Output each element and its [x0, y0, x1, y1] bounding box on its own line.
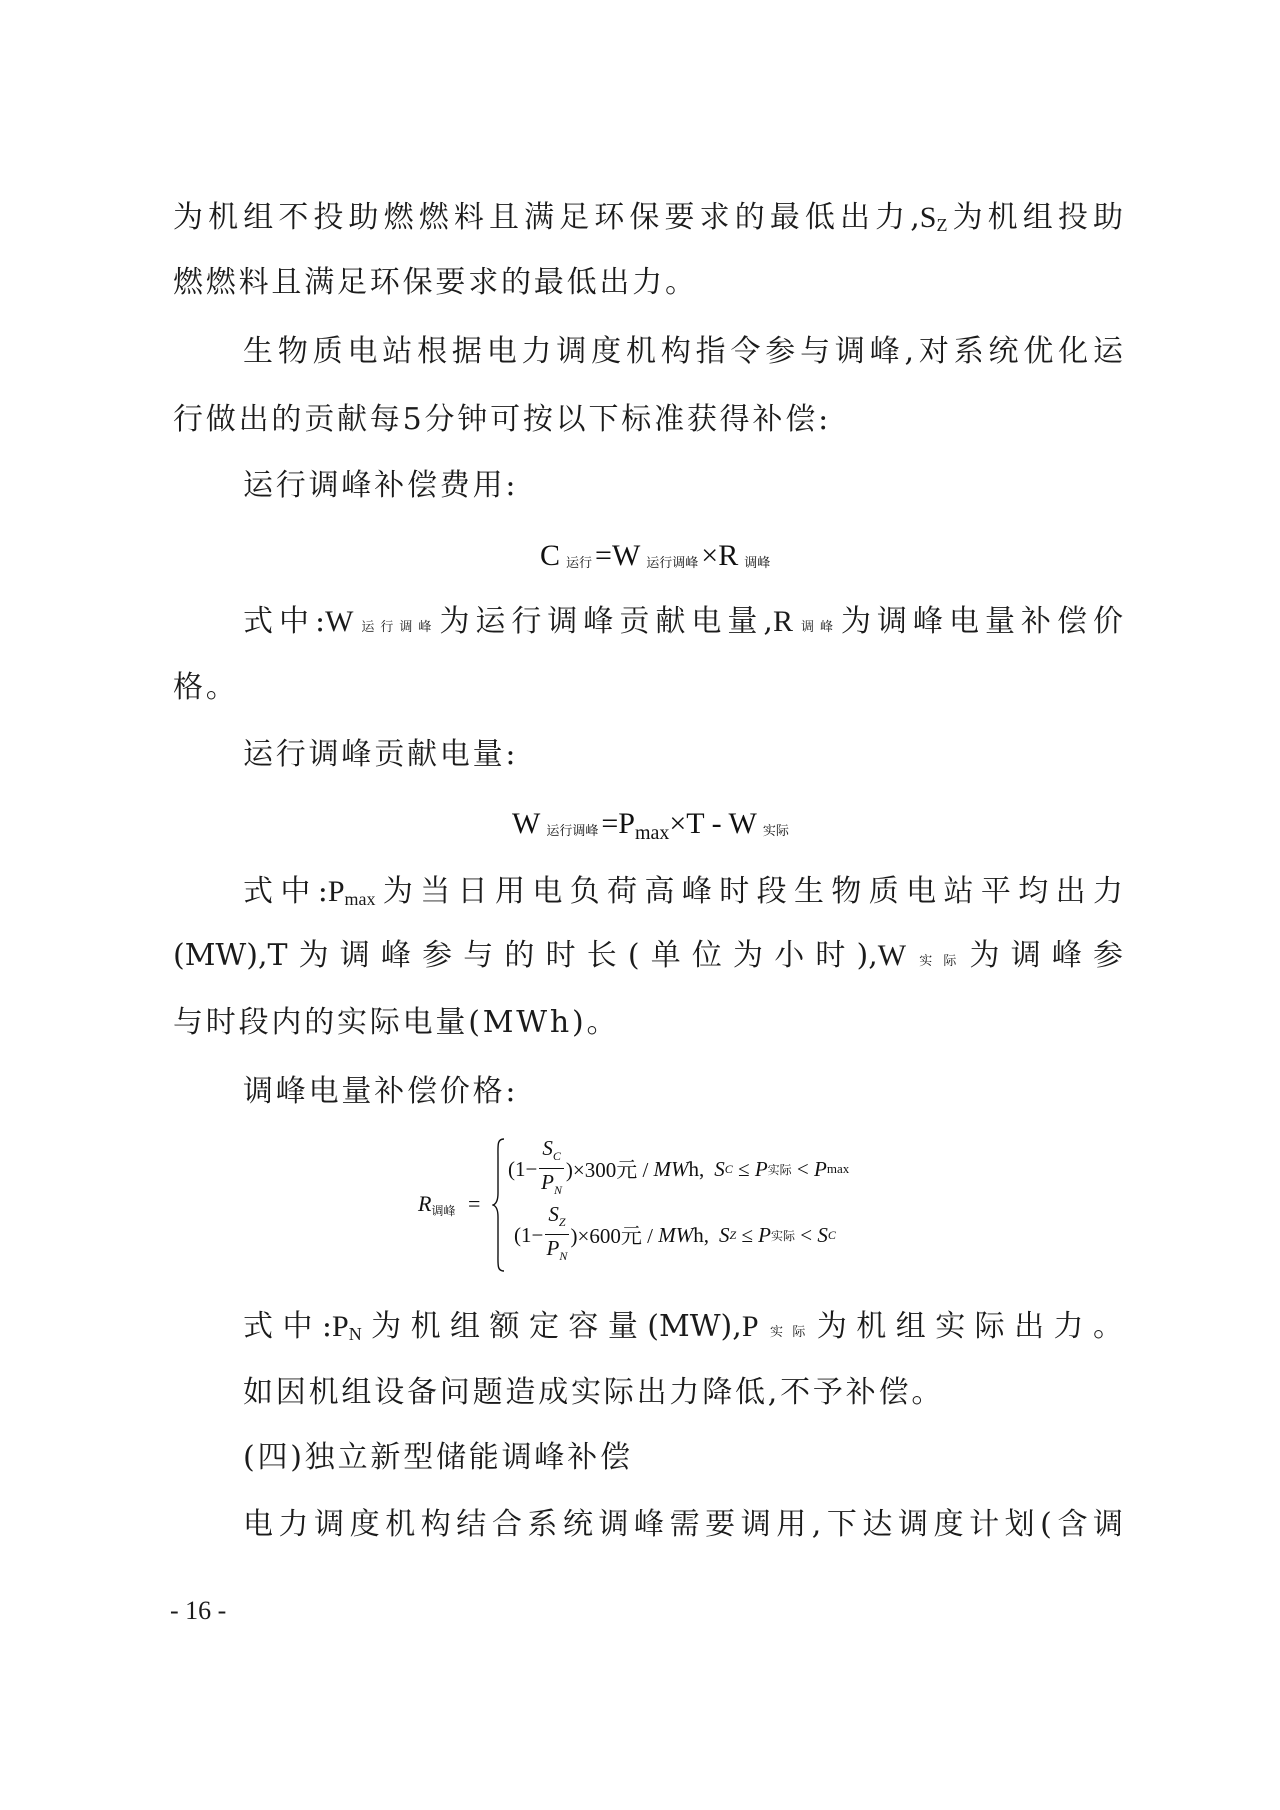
formula-contribution-energy: W运行调峰=Pmax×T - W实际: [512, 804, 792, 844]
page-number: - 16 -: [170, 1596, 226, 1626]
text-span: 为调峰电量补偿价: [841, 604, 1123, 639]
formula-text: (1−: [508, 1157, 537, 1182]
formula-symbol: S: [714, 1157, 725, 1182]
formula-equals: =: [468, 1191, 480, 1217]
formula-symbol: ×T - W: [669, 807, 756, 840]
fraction-numerator: SC: [539, 1136, 564, 1169]
formula-subscript: 调峰: [744, 556, 770, 571]
text-span: 为机组额定容量(MW),: [362, 1309, 742, 1344]
formula-compensation-cost: C运行=W运行调峰×R调峰: [540, 536, 773, 576]
text-line: 为机组不投助燃燃料且满足环保要求的最低出力,SZ为机组投助: [173, 198, 1123, 238]
text-span: 为调峰参: [970, 938, 1123, 973]
formula-unit: MW: [658, 1223, 693, 1248]
text-line: 调峰电量补偿价格:: [243, 1072, 1123, 1112]
formula-symbol: P: [541, 1170, 554, 1194]
formula-symbol: W: [512, 807, 540, 840]
fraction: SZ PN: [545, 1202, 568, 1269]
text-span: 为机组不投助燃燃料且满足环保要求的最低出力,: [173, 200, 920, 235]
text-line: 格。: [173, 668, 1123, 708]
text-line: 式中:Pmax为当日用电负荷高峰时段生物质电站平均出力: [243, 872, 1123, 912]
formula-lhs: R调峰: [418, 1191, 455, 1219]
symbol-s-subscript: Z: [936, 215, 947, 235]
formula-compensation-price: R调峰 = (1− SC PN )×300元 / MWh, SC ≤ P实际 <…: [418, 1137, 938, 1277]
symbol-w: W: [878, 939, 906, 972]
text-line: (MW),T为调峰参与的时长(单位为小时),W实际为调峰参: [173, 936, 1123, 976]
formula-symbol: S: [542, 1136, 553, 1160]
text-line: 运行调峰贡献电量:: [243, 735, 1123, 775]
symbol-p: P: [328, 875, 345, 908]
text-span: 为当日用电负荷高峰时段生物质电站平均出力: [376, 874, 1123, 909]
formula-operator: <: [795, 1223, 817, 1248]
fraction-numerator: SZ: [545, 1202, 568, 1235]
symbol-p-subscript: N: [349, 1324, 362, 1344]
formula-text: )×600元 /: [571, 1220, 659, 1250]
fraction-denominator: PN: [547, 1235, 568, 1269]
text-line: 式中:W运行调峰为运行调峰贡献电量,R调峰为调峰电量补偿价: [243, 602, 1123, 642]
formula-subscript: Z: [729, 1228, 736, 1243]
formula-symbol: S: [719, 1223, 730, 1248]
text-span: 式中:: [243, 874, 328, 909]
symbol-p-subscript: 实际: [761, 1325, 815, 1340]
text-line: 如因机组设备问题造成实际出力降低,不予补偿。: [243, 1373, 1123, 1413]
formula-subscript: 实际: [771, 1227, 795, 1244]
formula-unit: h,: [689, 1157, 705, 1182]
formula-subscript: C: [553, 1149, 561, 1163]
text-span: 式中:: [243, 604, 325, 639]
formula-subscript: 运行: [566, 556, 592, 571]
formula-symbol: ×R: [701, 539, 738, 572]
formula-symbol: C: [540, 539, 560, 572]
symbol-w-subscript: 运行调峰: [355, 620, 437, 635]
formula-subscript: 实际: [763, 824, 789, 839]
symbol-p: P: [332, 1310, 349, 1343]
text-span: 为运行调峰贡献电量,: [439, 604, 773, 639]
formula-symbol: P: [758, 1223, 771, 1248]
formula-subscript: 实际: [768, 1161, 792, 1178]
symbol-s-base: S: [920, 201, 937, 234]
formula-case-2: (1− SZ PN )×600元 / MWh, SZ ≤ P实际 < SC: [514, 1205, 836, 1265]
symbol-r-subscript: 调峰: [795, 620, 839, 635]
formula-operator: <: [792, 1157, 814, 1182]
text-line: 生物质电站根据电力调度机构指令参与调峰,对系统优化运: [243, 332, 1123, 372]
formula-text: )×300元 /: [566, 1154, 654, 1184]
formula-operator: ≤: [733, 1157, 755, 1182]
formula-subscript: Z: [559, 1215, 566, 1229]
symbol-r: R: [773, 605, 793, 638]
fraction-denominator: PN: [541, 1169, 562, 1203]
fraction: SC PN: [539, 1136, 564, 1203]
formula-subscript: max: [827, 1161, 849, 1177]
text-span: 为机组实际出力。: [817, 1309, 1123, 1344]
text-line: 运行调峰补偿费用:: [243, 466, 1123, 506]
formula-unit: MW: [654, 1157, 689, 1182]
formula-symbol: =W: [595, 539, 640, 572]
formula-operator: ≤: [736, 1223, 758, 1248]
formula-subscript: C: [828, 1228, 836, 1243]
text-line: 行做出的贡献每5分钟可按以下标准获得补偿:: [173, 400, 1123, 440]
formula-symbol: P: [814, 1157, 827, 1182]
symbol-s: SZ: [920, 201, 948, 234]
text-line: 燃燃料且满足环保要求的最低出力。: [173, 263, 1123, 303]
formula-text: (1−: [514, 1223, 543, 1248]
formula-symbol: S: [817, 1223, 828, 1248]
formula-subscript: 运行调峰: [546, 824, 598, 839]
formula-subscript: N: [559, 1249, 567, 1263]
symbol-w-subscript: 实际: [908, 954, 967, 969]
symbol-p-subscript: max: [345, 889, 376, 909]
text-line: 电力调度机构结合系统调峰需要调用,下达调度计划(含调: [243, 1505, 1123, 1545]
formula-subscript: N: [554, 1183, 562, 1197]
formula-unit: h,: [693, 1223, 709, 1248]
formula-symbol: P: [755, 1157, 768, 1182]
formula-subscript: C: [725, 1162, 733, 1177]
symbol-w: W: [325, 605, 353, 638]
text-line: 与时段内的实际电量(MWh)。: [173, 1003, 1123, 1043]
text-span: 式中:: [243, 1309, 332, 1344]
text-span: (MW),T为调峰参与的时长(单位为小时),: [173, 938, 878, 973]
formula-symbol: P: [547, 1236, 560, 1260]
section-heading: (四)独立新型储能调峰补偿: [243, 1438, 1123, 1478]
symbol-p: P: [742, 1310, 759, 1343]
formula-case-1: (1− SC PN )×300元 / MWh, SC ≤ P实际 < Pmax: [508, 1139, 849, 1199]
formula-subscript: max: [635, 822, 669, 844]
formula-symbol: =P: [601, 807, 635, 840]
left-brace-icon: [492, 1137, 506, 1273]
text-span: 为机组投助: [947, 200, 1123, 235]
formula-subscript: 调峰: [431, 1204, 455, 1218]
formula-symbol: S: [548, 1202, 559, 1226]
formula-subscript: 运行调峰: [646, 556, 698, 571]
text-line: 式中:PN为机组额定容量(MW),P实际为机组实际出力。: [243, 1307, 1123, 1347]
formula-symbol: R: [418, 1191, 431, 1216]
